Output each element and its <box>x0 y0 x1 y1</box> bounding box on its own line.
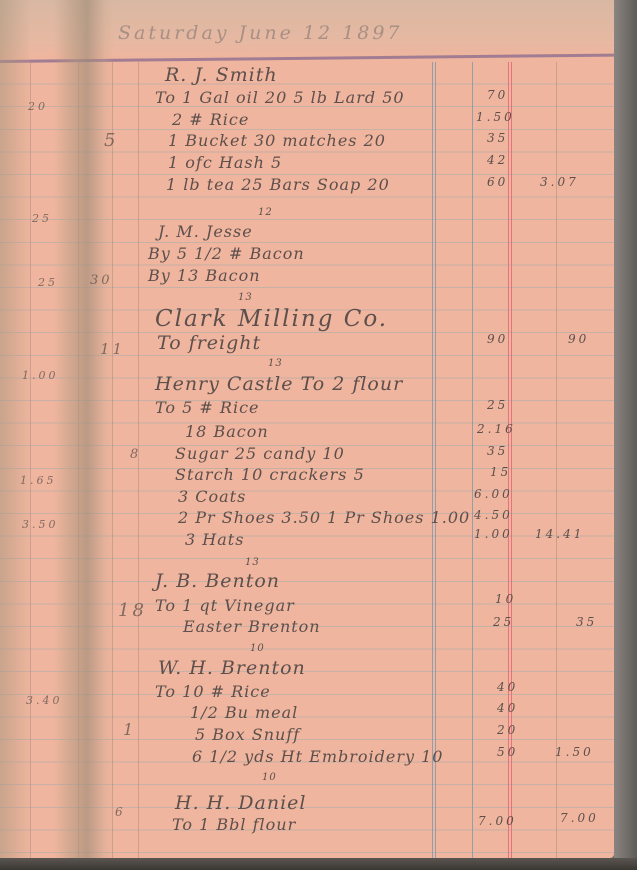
line-amount: 4.50 <box>474 508 513 522</box>
line-item: To 10 # Rice <box>155 682 271 701</box>
entry-total: 14.41 <box>535 527 584 541</box>
line-item: 1/2 Bu meal <box>190 703 298 722</box>
line-item: 1 Bucket 30 matches 20 <box>168 131 386 150</box>
customer-name: J. M. Jesse <box>158 222 253 241</box>
line-item: Starch 10 crackers 5 <box>175 465 365 484</box>
line-item: To 1 Gal oil 20 5 lb Lard 50 <box>155 88 405 107</box>
book-edge-right <box>614 0 637 870</box>
column-rule-red <box>511 62 512 858</box>
margin-mark: 11 <box>100 340 125 358</box>
customer-name: H. H. Daniel <box>175 792 307 814</box>
line-amount: 70 <box>487 88 508 102</box>
line-amount: 42 <box>487 153 508 167</box>
margin-amount: 25 <box>32 212 52 225</box>
line-item: To freight <box>157 332 261 354</box>
line-amount: 25 <box>493 615 514 629</box>
column-rule-blue <box>435 62 436 858</box>
day-number: 10 <box>262 772 277 783</box>
line-item: To 5 # Rice <box>155 398 260 417</box>
line-item: By 13 Bacon <box>148 266 261 285</box>
day-number: 13 <box>238 292 253 303</box>
line-amount: 25 <box>487 398 508 412</box>
column-rule-blue <box>472 62 473 858</box>
line-amount: 40 <box>497 701 518 715</box>
margin-mark: 5 <box>104 130 118 151</box>
entry-total: 90 <box>568 332 589 346</box>
margin-amount: 1.65 <box>20 474 57 487</box>
margin-mark: 6 <box>115 805 126 819</box>
entry-total: 3.07 <box>540 175 579 189</box>
margin-amount: 1.00 <box>22 369 59 382</box>
margin-mark: 18 <box>118 600 147 621</box>
column-rule-blue <box>432 62 433 858</box>
margin-amount: 3.40 <box>26 694 63 707</box>
line-item: Sugar 25 candy 10 <box>175 444 345 463</box>
line-item: By 5 1/2 # Bacon <box>148 244 305 263</box>
line-amount: 35 <box>487 131 508 145</box>
margin-mark: 1 <box>123 720 136 739</box>
entry-total: 35 <box>576 615 597 629</box>
customer-name: Henry Castle To 2 flour <box>155 373 403 395</box>
margin-mark: 8 <box>130 447 141 462</box>
line-amount: 1.00 <box>474 527 513 541</box>
book-edge-bottom <box>0 858 637 870</box>
line-amount: 20 <box>497 723 518 737</box>
line-amount: 60 <box>487 175 508 189</box>
day-number: 13 <box>245 557 260 568</box>
line-amount: 2.16 <box>477 422 516 436</box>
column-rule <box>30 62 31 858</box>
line-amount: 90 <box>487 332 508 346</box>
line-item: 3 Coats <box>178 487 246 506</box>
page-fold-shadow <box>54 0 114 858</box>
margin-amount: 25 <box>38 276 58 289</box>
customer-name: J. B. Benton <box>155 570 280 592</box>
margin-amount: 3.50 <box>22 518 59 531</box>
line-item: 1 lb tea 25 Bars Soap 20 <box>166 175 390 194</box>
line-item: To 1 Bbl flour <box>172 815 296 834</box>
margin-mark: 30 <box>90 273 113 288</box>
line-amount: 1.50 <box>476 110 515 124</box>
customer-name: R. J. Smith <box>165 64 278 86</box>
line-amount: 40 <box>497 680 518 694</box>
day-number: 12 <box>258 207 273 218</box>
line-item: 1 ofc Hash 5 <box>168 153 282 172</box>
line-amount: 10 <box>495 592 516 606</box>
line-item: 3 Hats <box>185 530 244 549</box>
entry-total: 7.00 <box>560 811 599 825</box>
line-item: 2 # Rice <box>172 110 249 129</box>
day-number: 10 <box>250 643 265 654</box>
line-item: Easter Brenton <box>183 617 321 636</box>
line-amount: 35 <box>487 444 508 458</box>
line-item: 5 Box Snuff <box>195 725 300 744</box>
day-number: 13 <box>268 358 283 369</box>
line-amount: 7.00 <box>478 814 517 828</box>
line-item: 18 Bacon <box>185 422 269 441</box>
customer-name: W. H. Brenton <box>158 657 306 679</box>
line-amount: 15 <box>490 465 511 479</box>
header-date: Saturday June 12 1897 <box>118 22 403 44</box>
binding-shadow <box>0 0 30 858</box>
entry-total: 1.50 <box>555 745 594 759</box>
margin-amount: 20 <box>28 100 48 113</box>
line-item: 2 Pr Shoes 3.50 1 Pr Shoes 1.00 <box>178 508 470 527</box>
line-amount: 50 <box>497 745 518 759</box>
line-amount: 6.00 <box>474 487 513 501</box>
line-item: 6 1/2 yds Ht Embroidery 10 <box>192 747 443 766</box>
ledger-page: Saturday June 12 1897 20 25 25 1.00 1.65… <box>0 0 614 858</box>
customer-name: Clark Milling Co. <box>155 306 388 332</box>
line-item: To 1 qt Vinegar <box>155 596 295 615</box>
